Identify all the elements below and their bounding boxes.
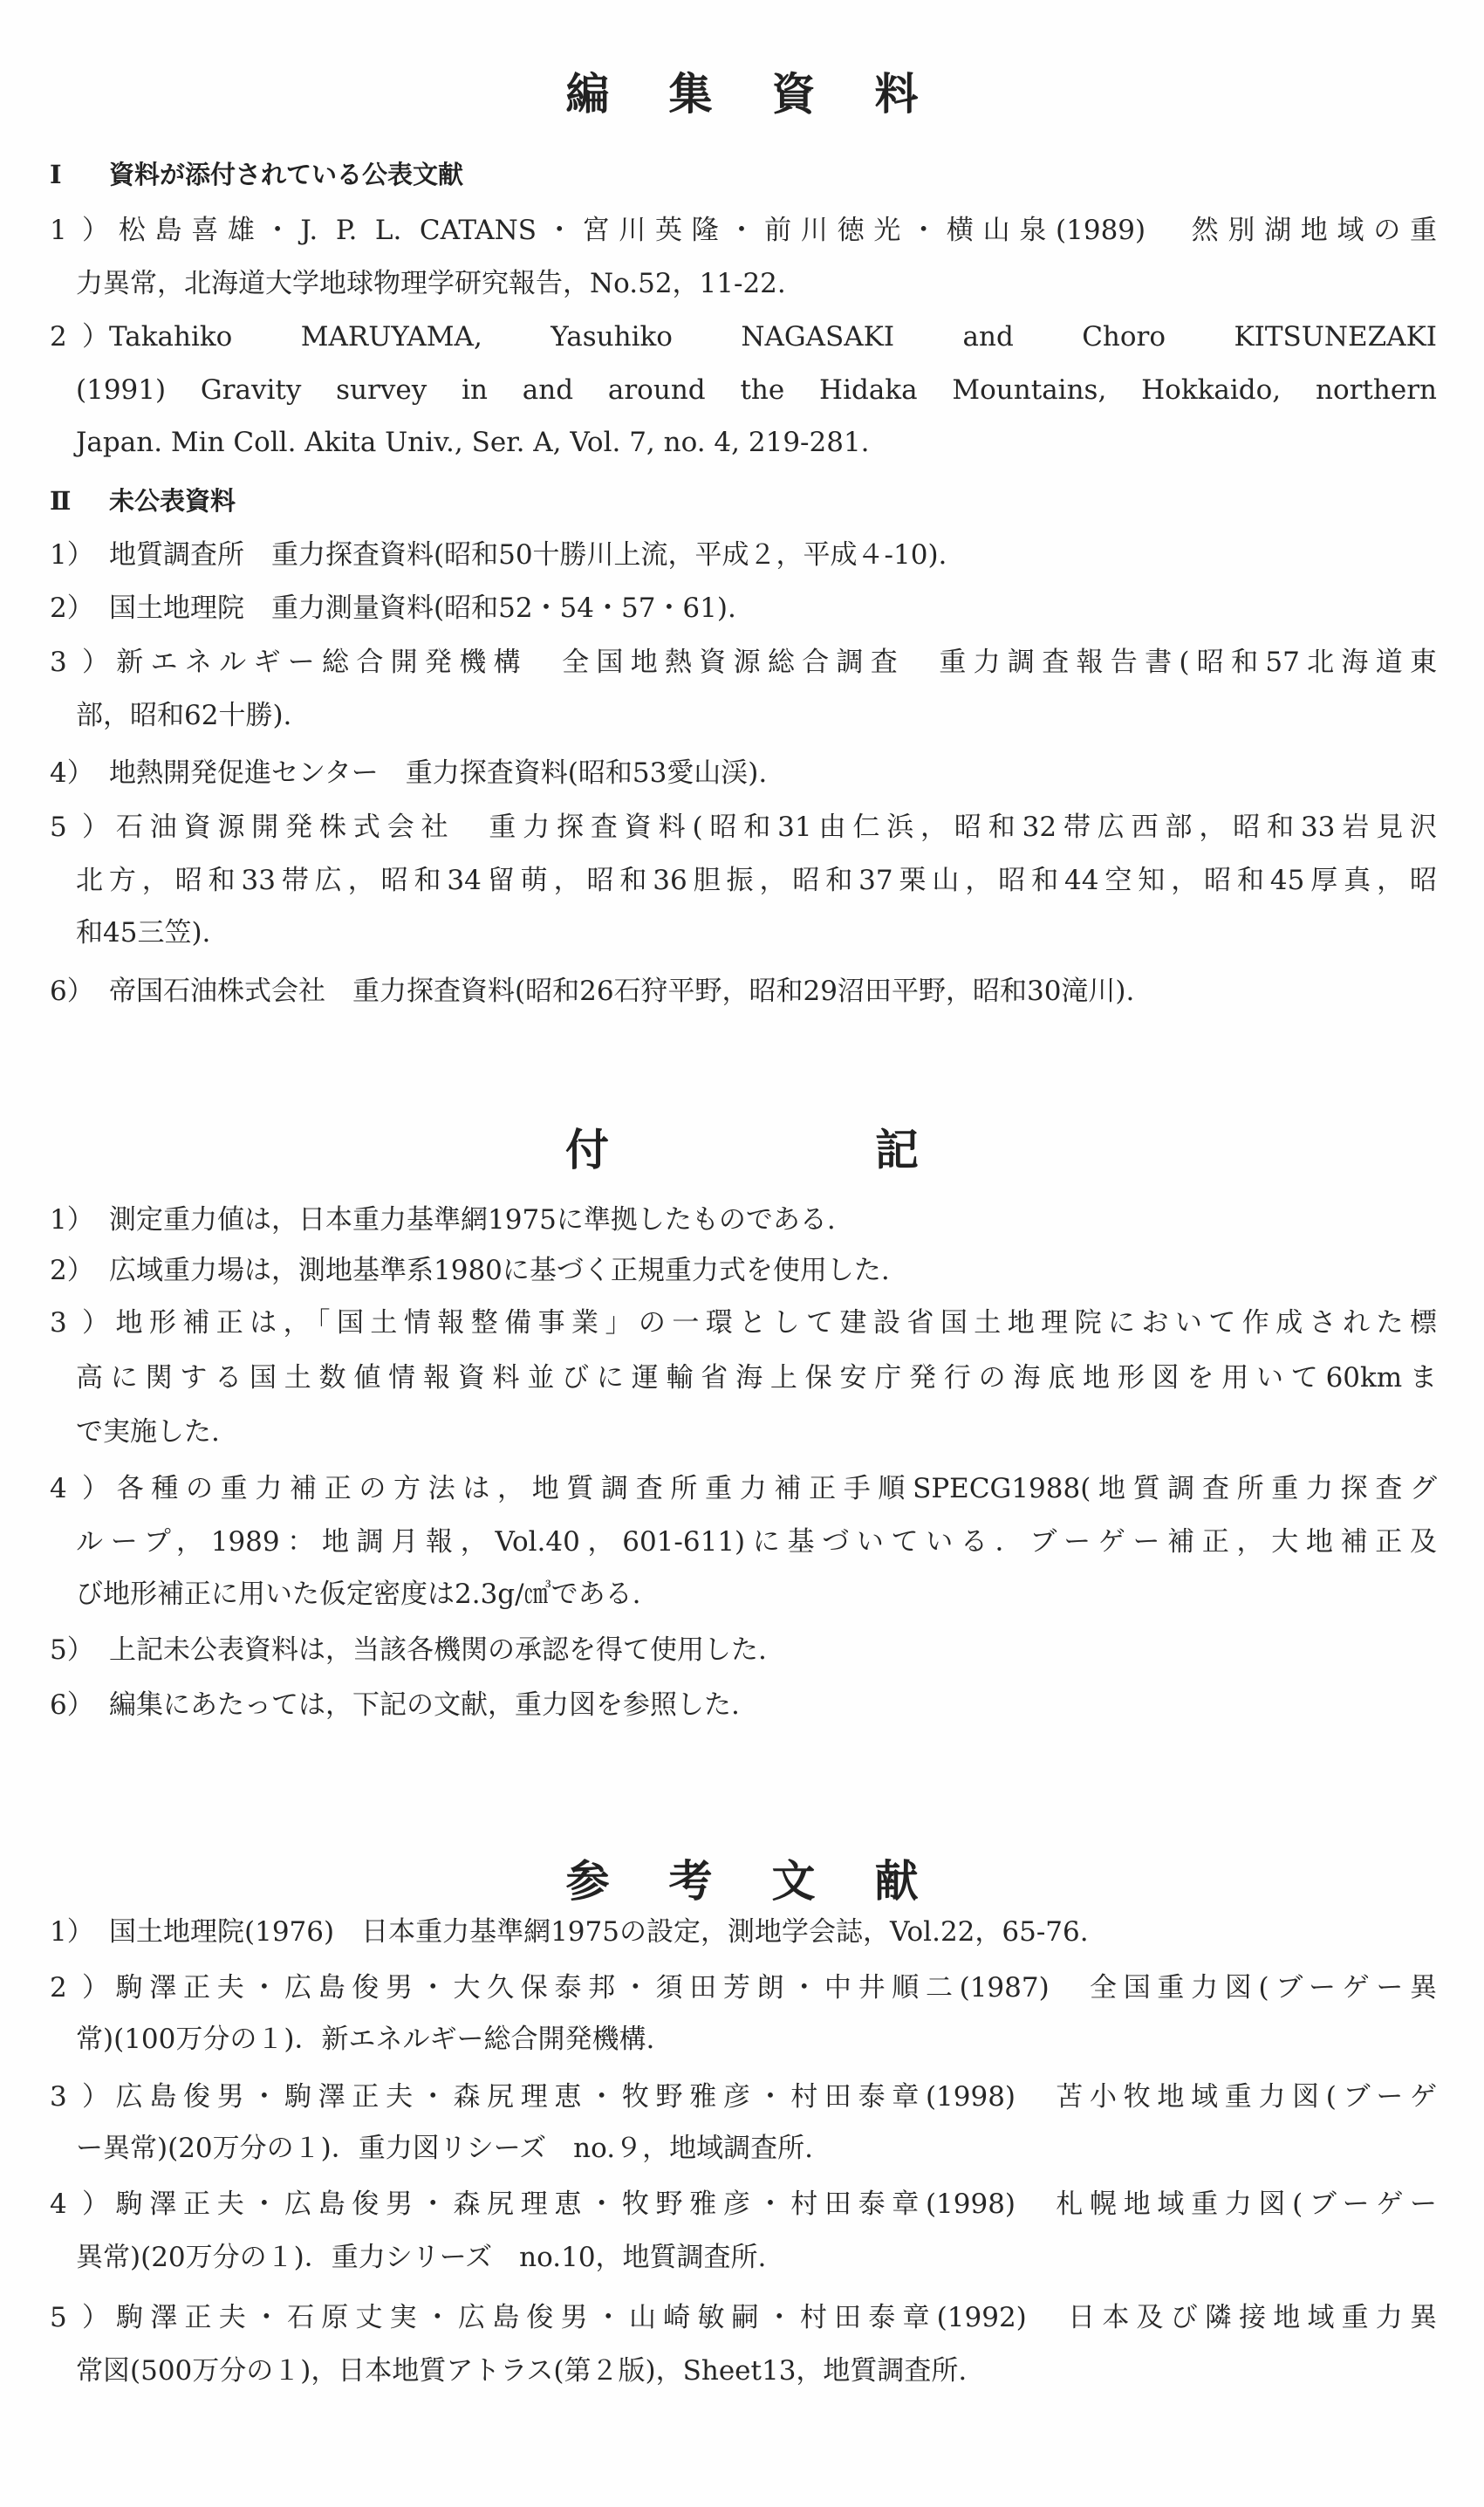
item-text: 地形補正は，「国土情報整備事業」の一環として建設省国土地理院において作成された標 <box>109 1307 1437 1339</box>
item-text: 駒澤正夫・広島俊男・森尻理恵・牧野雅彦・村田泰章(1998) 札幌地域重力図(ブ… <box>109 2188 1437 2220</box>
compilation-title: 編集資料 <box>0 70 1484 119</box>
item-text: 上記未公表資料は，当該各機関の承認を得て使用した. <box>109 1634 767 1666</box>
item-number: 5） <box>50 2300 109 2335</box>
item-text: Japan. Min Coll. Akita Univ., Ser. A, Vo… <box>76 427 870 458</box>
item-number: 6） <box>50 1688 109 1723</box>
item-text: 広島俊男・駒澤正夫・森尻理恵・牧野雅彦・村田泰章(1998) 苫小牧地域重力図(… <box>109 2081 1437 2113</box>
item-text: 高に関する国土数値情報資料並びに運輸省海上保安庁発行の海底地形図を用いて60km… <box>76 1362 1437 1394</box>
item-text: 広域重力場は，測地基準系1980に基づく正規重力式を使用した. <box>109 1255 890 1286</box>
title-char: 料 <box>874 70 920 119</box>
item-text: ー異常)(20万分の１)．重力図リシーズ no.９，地域調査所. <box>76 2133 813 2164</box>
list-item-line: 3）広島俊男・駒澤正夫・森尻理恵・牧野雅彦・村田泰章(1998) 苫小牧地域重力… <box>50 2079 1437 2114</box>
list-item-line: (1991) Gravity survey in and around the … <box>76 373 1437 408</box>
item-text: Takahiko MARUYAMA, Yasuhiko NAGASAKI and… <box>109 321 1437 353</box>
item-text: 常図(500万分の１)，日本地質アトラス(第２版)，Sheet13，地質調査所. <box>76 2355 967 2387</box>
list-item-line: 1）国土地理院(1976) 日本重力基準網1975の設定，測地学会誌，Vol.2… <box>50 1914 1437 1949</box>
part1-heading: Ⅰ資料が添付されている公表文献 <box>50 159 463 190</box>
item-number: 3） <box>50 2079 109 2114</box>
item-number: 4） <box>50 756 109 791</box>
title-char: 付 <box>564 1126 610 1175</box>
item-text: 和45三笠). <box>76 917 210 949</box>
item-text: 国土地理院 重力測量資料(昭和52・54・57・61). <box>109 593 736 624</box>
item-number: 1） <box>50 538 109 572</box>
list-item-line: 5）石油資源開発株式会社 重力探査資料(昭和31由仁浜，昭和32帯広西部，昭和3… <box>50 810 1437 845</box>
item-text: 常)(100万分の１)．新エネルギー総合開発機構. <box>76 2024 654 2055</box>
list-item-line: 3）地形補正は，「国土情報整備事業」の一環として建設省国土地理院において作成され… <box>50 1305 1437 1340</box>
part2-heading-text: 未公表資料 <box>109 486 236 516</box>
item-number: 3） <box>50 1305 109 1340</box>
list-item-line: で実施した. <box>76 1414 1437 1449</box>
list-item-line: 5）駒澤正夫・石原丈実・広島俊男・山崎敏嗣・村田泰章(1992) 日本及び隣接地… <box>50 2300 1437 2335</box>
item-number: 3） <box>50 645 109 680</box>
item-number: 1） <box>50 213 109 248</box>
list-item-line: 3）新エネルギー総合開発機構 全国地熱資源総合調査 重力調査報告書(昭和57北海… <box>50 645 1437 680</box>
list-item-line: 5）上記未公表資料は，当該各機関の承認を得て使用した. <box>50 1633 1437 1668</box>
roman-numeral: Ⅱ <box>50 485 109 517</box>
item-text: 編集にあたっては，下記の文献，重力図を参照した. <box>109 1689 740 1721</box>
item-number: 4） <box>50 1471 109 1506</box>
document-page: 編集資料 Ⅰ資料が添付されている公表文献 1）松島喜雄・J. P. L. CAT… <box>0 0 1484 2507</box>
list-item-line: 北方，昭和33帯広，昭和34留萌，昭和36胆振，昭和37栗山，昭和44空知，昭和… <box>76 863 1437 898</box>
title-char: 参 <box>565 1857 611 1906</box>
item-text: で実施した. <box>76 1416 220 1448</box>
list-item-line: 2）国土地理院 重力測量資料(昭和52・54・57・61). <box>50 591 1437 626</box>
part2-heading: Ⅱ未公表資料 <box>50 485 236 517</box>
item-number: 1） <box>50 1202 109 1237</box>
list-item-line: 2）駒澤正夫・広島俊男・大久保泰邦・須田芳朗・中井順二(1987) 全国重力図(… <box>50 1970 1437 2005</box>
item-text: 各種の重力補正の方法は，地質調査所重力補正手順SPECG1988(地質調査所重力… <box>109 1473 1437 1504</box>
notes-title: 付記 <box>0 1126 1484 1175</box>
item-text: 部，昭和62十勝). <box>76 700 291 731</box>
item-text: 地熱開発促進センター 重力探査資料(昭和53愛山渓). <box>109 757 767 789</box>
item-text: 松島喜雄・J. P. L. CATANS・宮川英隆・前川徳光・横山泉(1989)… <box>109 215 1437 246</box>
item-text: 駒澤正夫・広島俊男・大久保泰邦・須田芳朗・中井順二(1987) 全国重力図(ブー… <box>109 1972 1437 2004</box>
title-char: 集 <box>668 70 714 119</box>
list-item-line: ループ，1989：地調月報，Vol.40，601-611)に基づいている．ブーゲ… <box>76 1524 1437 1559</box>
list-item-line: 力異常，北海道大学地球物理学研究報告，No.52，11-22. <box>76 266 1437 301</box>
item-text: 北方，昭和33帯広，昭和34留萌，昭和36胆振，昭和37栗山，昭和44空知，昭和… <box>76 865 1437 896</box>
list-item-line: 2）Takahiko MARUYAMA, Yasuhiko NAGASAKI a… <box>50 319 1437 354</box>
list-item-line: 4）地熱開発促進センター 重力探査資料(昭和53愛山渓). <box>50 756 1437 791</box>
part1-heading-text: 資料が添付されている公表文献 <box>109 160 463 189</box>
list-item-line: 高に関する国土数値情報資料並びに運輸省海上保安庁発行の海底地形図を用いて60km… <box>76 1360 1437 1395</box>
list-item-line: 1）地質調査所 重力探査資料(昭和50十勝川上流，平成２，平成４-10). <box>50 538 1437 572</box>
item-text: (1991) Gravity survey in and around the … <box>76 374 1437 406</box>
item-text: 駒澤正夫・石原丈実・広島俊男・山崎敏嗣・村田泰章(1992) 日本及び隣接地域重… <box>109 2302 1437 2333</box>
list-item-line: 部，昭和62十勝). <box>76 698 1437 733</box>
list-item-line: ー異常)(20万分の１)．重力図リシーズ no.９，地域調査所. <box>76 2131 1437 2166</box>
list-item-line: び地形補正に用いた仮定密度は2.3g/㎤である. <box>76 1577 1437 1612</box>
roman-numeral: Ⅰ <box>50 159 109 190</box>
item-number: 5） <box>50 810 109 845</box>
item-text: び地形補正に用いた仮定密度は2.3g/㎤である. <box>76 1579 640 1610</box>
list-item-line: 1）松島喜雄・J. P. L. CATANS・宮川英隆・前川徳光・横山泉(198… <box>50 213 1437 248</box>
title-char: 編 <box>565 70 611 119</box>
list-item-line: 6）編集にあたっては，下記の文献，重力図を参照した. <box>50 1688 1437 1723</box>
list-item-line: 異常)(20万分の１)．重力シリーズ no.10，地質調査所. <box>76 2240 1437 2275</box>
item-text: 異常)(20万分の１)．重力シリーズ no.10，地質調査所. <box>76 2242 766 2273</box>
item-number: 6） <box>50 974 109 1009</box>
list-item-line: Japan. Min Coll. Akita Univ., Ser. A, Vo… <box>76 425 1437 460</box>
list-item-line: 4）各種の重力補正の方法は，地質調査所重力補正手順SPECG1988(地質調査所… <box>50 1471 1437 1506</box>
item-text: 地質調査所 重力探査資料(昭和50十勝川上流，平成２，平成４-10). <box>109 539 947 571</box>
item-number: 2） <box>50 591 109 626</box>
item-text: 石油資源開発株式会社 重力探査資料(昭和31由仁浜，昭和32帯広西部，昭和33岩… <box>109 812 1437 843</box>
list-item-line: 1）測定重力値は，日本重力基準網1975に準拠したものである. <box>50 1202 1437 1237</box>
list-item-line: 和45三笠). <box>76 915 1437 950</box>
title-char: 考 <box>668 1857 714 1906</box>
title-char: 献 <box>874 1857 920 1906</box>
list-item-line: 常図(500万分の１)，日本地質アトラス(第２版)，Sheet13，地質調査所. <box>76 2353 1437 2388</box>
item-number: 2） <box>50 1970 109 2005</box>
item-text: 帝国石油株式会社 重力探査資料(昭和26石狩平野，昭和29沼田平野，昭和30滝川… <box>109 976 1134 1007</box>
item-text: 国土地理院(1976) 日本重力基準網1975の設定，測地学会誌，Vol.22，… <box>109 1916 1089 1948</box>
item-number: 2） <box>50 1253 109 1288</box>
references-title: 参考文献 <box>0 1857 1484 1906</box>
item-text: 測定重力値は，日本重力基準網1975に準拠したものである. <box>109 1204 836 1236</box>
list-item-line: 常)(100万分の１)．新エネルギー総合開発機構. <box>76 2022 1437 2057</box>
item-text: 力異常，北海道大学地球物理学研究報告，No.52，11-22. <box>76 268 786 299</box>
item-number: 4） <box>50 2187 109 2222</box>
item-number: 1） <box>50 1914 109 1949</box>
list-item-line: 6）帝国石油株式会社 重力探査資料(昭和26石狩平野，昭和29沼田平野，昭和30… <box>50 974 1437 1009</box>
item-number: 2） <box>50 319 109 354</box>
list-item-line: 4）駒澤正夫・広島俊男・森尻理恵・牧野雅彦・村田泰章(1998) 札幌地域重力図… <box>50 2187 1437 2222</box>
item-number: 5） <box>50 1633 109 1668</box>
title-char: 記 <box>874 1126 920 1175</box>
item-text: ループ，1989：地調月報，Vol.40，601-611)に基づいている．ブーゲ… <box>76 1526 1437 1558</box>
list-item-line: 2）広域重力場は，測地基準系1980に基づく正規重力式を使用した. <box>50 1253 1437 1288</box>
title-char: 資 <box>771 70 817 119</box>
item-text: 新エネルギー総合開発機構 全国地熱資源総合調査 重力調査報告書(昭和57北海道東 <box>109 647 1437 678</box>
title-char: 文 <box>771 1857 817 1906</box>
